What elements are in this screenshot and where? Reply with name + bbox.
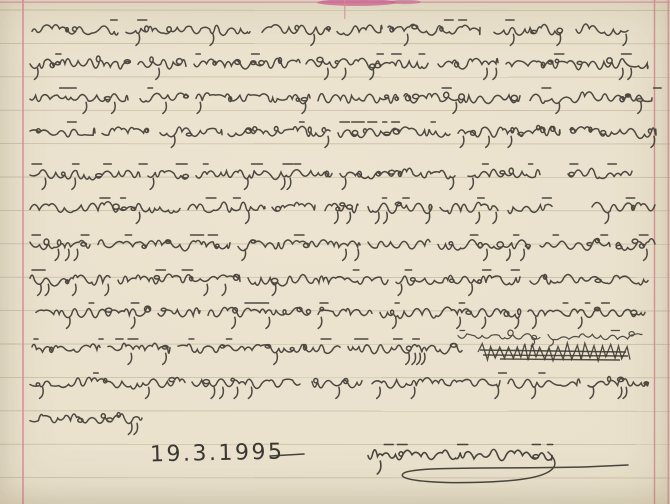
signature-name-strokes xyxy=(368,445,553,475)
handwriting-row xyxy=(30,270,648,295)
handwriting-row xyxy=(36,303,645,328)
top-edge-pink-marks xyxy=(0,0,670,19)
handwriting-scan-svg xyxy=(0,0,670,504)
date-text: 19.3.1995 xyxy=(150,440,285,468)
handwriting-row xyxy=(30,235,655,260)
handwriting-row xyxy=(30,413,142,435)
inserted-small-line xyxy=(458,330,642,346)
handwriting-row xyxy=(30,88,661,113)
strikeout-scribble xyxy=(478,343,630,361)
handwriting-lines xyxy=(30,20,661,434)
signature xyxy=(368,445,628,483)
handwriting-row xyxy=(30,373,648,398)
notebook-page: 19.3.1995 xyxy=(0,0,670,504)
handwriting-row xyxy=(32,339,462,364)
handwriting-row xyxy=(32,20,628,45)
handwriting-row xyxy=(30,54,648,79)
